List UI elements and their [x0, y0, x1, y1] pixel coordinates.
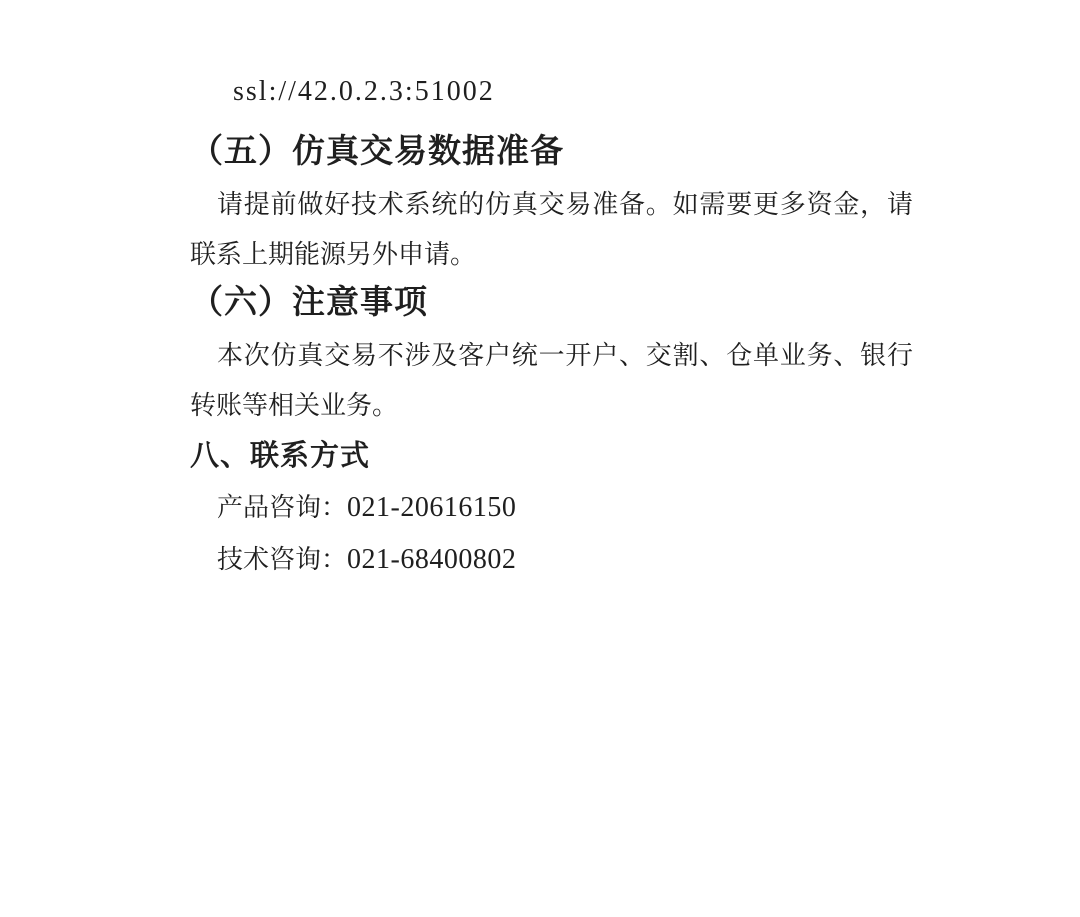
contact-row-product: 产品咨询：021-20616150	[217, 483, 516, 533]
contact-phone-number: 021-20616150	[347, 492, 516, 523]
contact-label: 技术咨询：	[217, 545, 347, 574]
paragraph-simulation-data: 请提前做好技术系统的仿真交易准备。如需要更多资金，请 联系上期能源另外申请。	[190, 180, 913, 280]
paragraph-line: 请提前做好技术系统的仿真交易准备。如需要更多资金，请	[190, 180, 913, 230]
document-page: ssl://42.0.2.3:51002 （五）仿真交易数据准备 请提前做好技术…	[0, 0, 1080, 917]
section-heading-5: （五）仿真交易数据准备	[190, 126, 564, 178]
section-heading-6: （六）注意事项	[190, 277, 428, 329]
connection-url-text: ssl://42.0.2.3:51002	[233, 67, 495, 117]
contact-phone-number: 021-68400802	[347, 544, 516, 575]
paragraph-line: 本次仿真交易不涉及客户统一开户、交割、仓单业务、银行	[190, 331, 913, 381]
contact-section-heading: 八、联系方式	[190, 430, 370, 482]
contact-row-technical: 技术咨询：021-68400802	[217, 535, 516, 585]
contact-label: 产品咨询：	[217, 493, 347, 522]
paragraph-notes: 本次仿真交易不涉及客户统一开户、交割、仓单业务、银行 转账等相关业务。	[190, 331, 913, 431]
paragraph-line: 联系上期能源另外申请。	[190, 230, 913, 280]
paragraph-line: 转账等相关业务。	[190, 381, 913, 431]
